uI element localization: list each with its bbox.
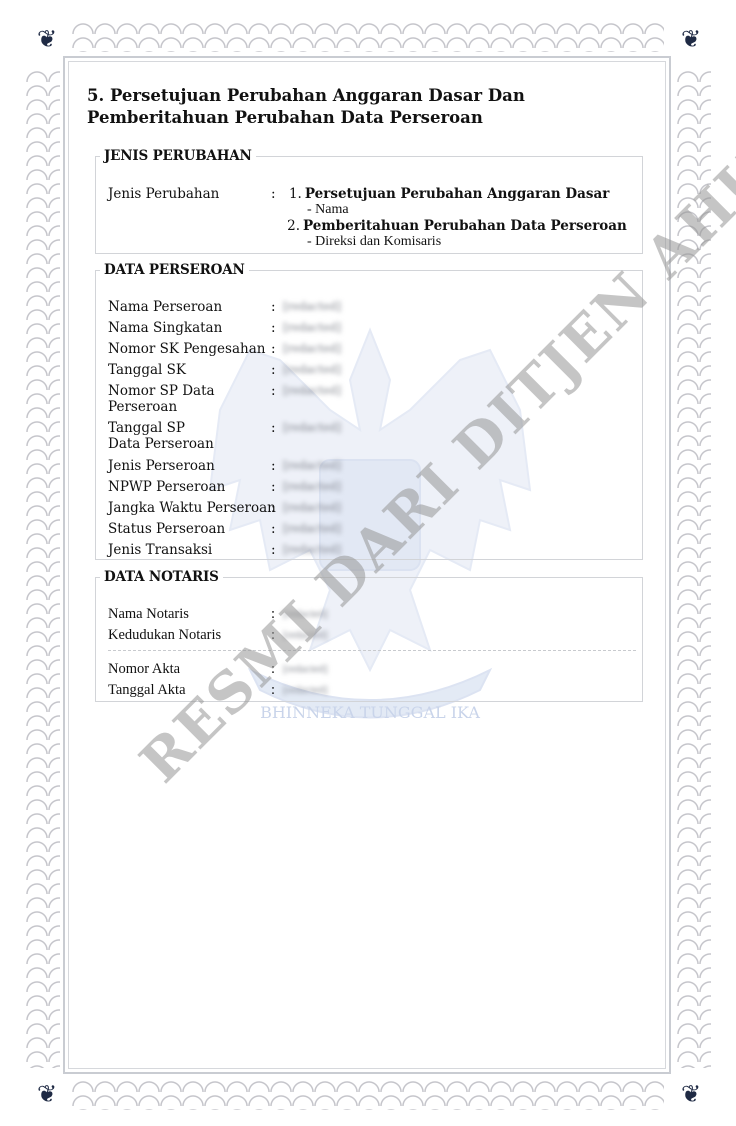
field-label: Status Perseroan xyxy=(108,521,268,537)
field-label: Nama Notaris xyxy=(108,606,268,622)
field-value-redacted: [redacted] xyxy=(283,500,341,516)
field-label: Tanggal SP Data Perseroan xyxy=(108,420,218,452)
field-label: Nomor SP Data Perseroan xyxy=(108,383,218,415)
field-value-redacted: [redacted] xyxy=(283,682,328,698)
divider xyxy=(108,650,636,651)
field-value-redacted: [redacted] xyxy=(283,362,341,378)
section-jenis-perubahan: JENIS PERUBAHAN Jenis Perubahan : 1.Pers… xyxy=(95,148,643,254)
field-value-redacted: [redacted] xyxy=(283,521,341,537)
list-item-sub: - Direksi dan Komisaris xyxy=(271,234,627,250)
page-title: 5. Persetujuan Perubahan Anggaran Dasar … xyxy=(87,85,617,129)
field-label: Jangka Waktu Perseroan xyxy=(108,500,273,516)
list-number: 2. xyxy=(278,218,303,234)
list-item-title: Persetujuan Perubahan Anggaran Dasar xyxy=(305,186,609,202)
ornament-corner-icon: ❦ xyxy=(34,26,60,52)
field-label: Jenis Perseroan xyxy=(108,458,268,474)
section-legend: DATA PERSEROAN xyxy=(100,262,249,278)
ornament-corner-icon: ❦ xyxy=(34,1081,60,1107)
section-legend: DATA NOTARIS xyxy=(100,569,223,585)
jenis-perubahan-list: : 1.Persetujuan Perubahan Anggaran Dasar… xyxy=(271,186,627,250)
svg-text:BHINNEKA TUNGGAL IKA: BHINNEKA TUNGGAL IKA xyxy=(260,703,480,722)
list-number: 1. xyxy=(280,186,305,202)
field-label: Nomor SK Pengesahan xyxy=(108,341,268,357)
field-value-redacted: [redacted] xyxy=(283,341,341,357)
list-item-title: Pemberitahuan Perubahan Data Perseroan xyxy=(303,218,627,234)
field-label: Jenis Perubahan xyxy=(108,186,268,202)
field-label: Nama Singkatan xyxy=(108,320,268,336)
field-label: Nama Perseroan xyxy=(108,299,268,315)
ornament-corner-icon: ❦ xyxy=(678,1081,704,1107)
decorative-border-top xyxy=(72,20,664,52)
section-legend: JENIS PERUBAHAN xyxy=(100,148,256,164)
field-label: Jenis Transaksi xyxy=(108,542,268,558)
field-value-redacted: [redacted] xyxy=(283,479,341,495)
field-value-redacted: [redacted] xyxy=(283,320,341,336)
field-value-redacted: [redacted] xyxy=(283,299,341,315)
field-label: Tanggal SK xyxy=(108,362,268,378)
list-item-sub: - Nama xyxy=(271,202,627,218)
field-label: NPWP Perseroan xyxy=(108,479,268,495)
field-value-redacted: [redacted] xyxy=(283,383,341,399)
decorative-border-left xyxy=(26,68,60,1068)
document-content: 5. Persetujuan Perubahan Anggaran Dasar … xyxy=(87,85,647,129)
field-value-redacted: [redacted] xyxy=(283,458,341,474)
field-value-redacted: [redacted] xyxy=(283,420,341,436)
decorative-border-bottom xyxy=(72,1078,664,1110)
ornament-corner-icon: ❦ xyxy=(678,26,704,52)
